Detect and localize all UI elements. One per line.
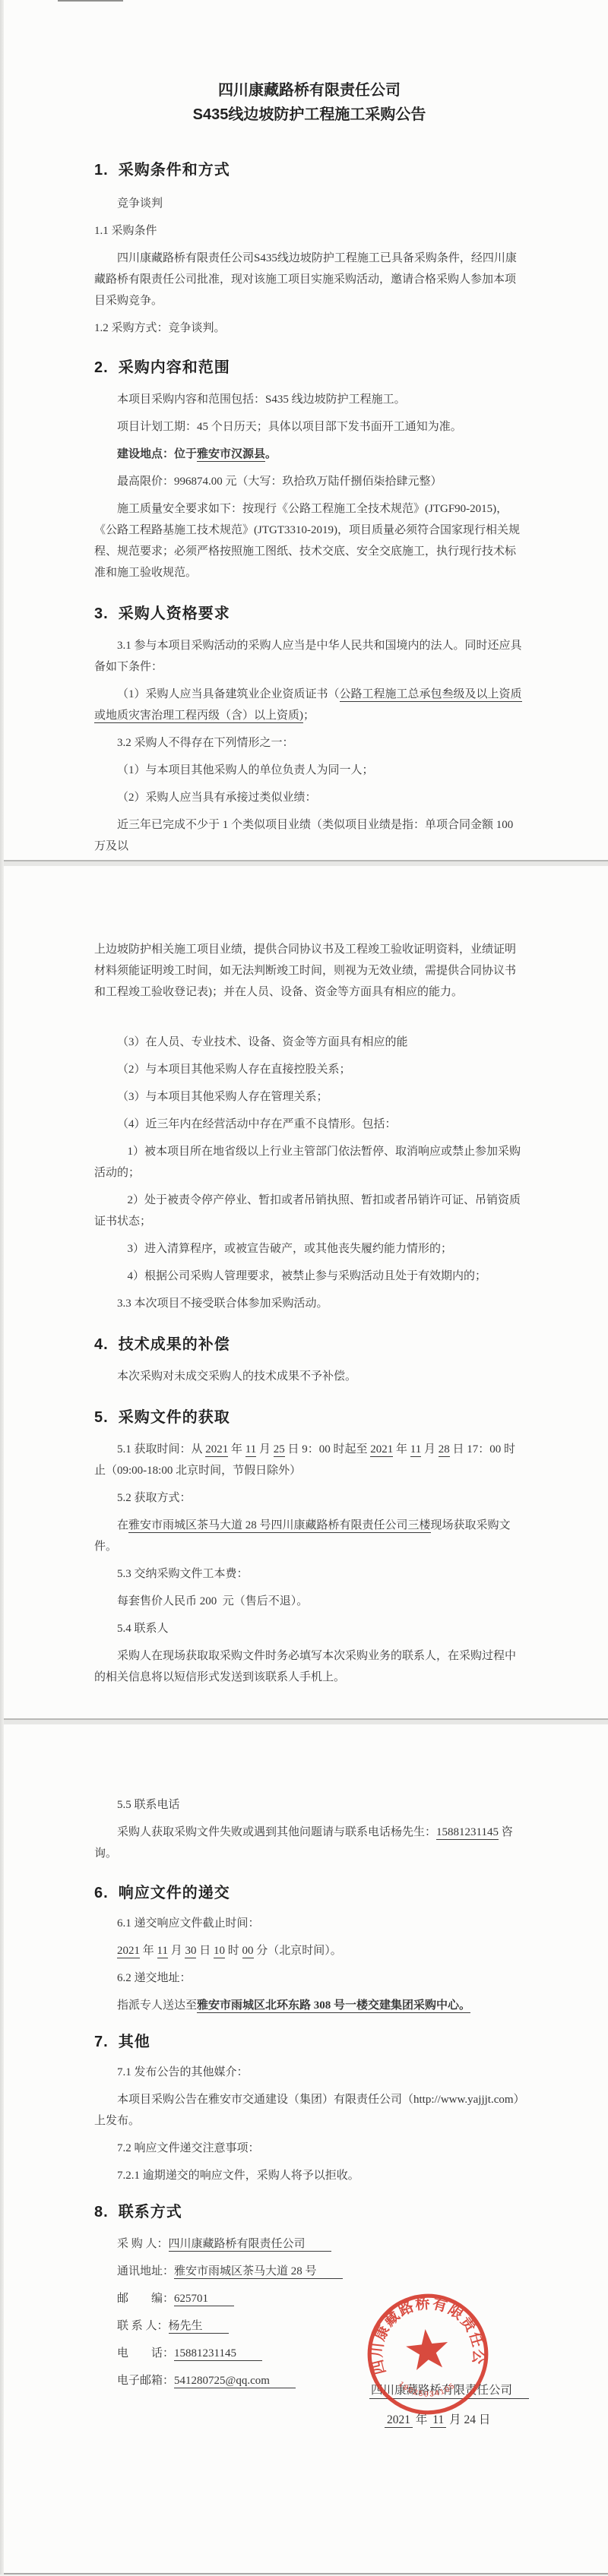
text: 电子邮箱：	[117, 2375, 174, 2387]
scan-edge-artifact	[58, 0, 123, 2]
underlined-text: 541280725@qq.com	[174, 2375, 296, 2388]
contact-purchaser: 采 购 人：四川康藏路桥有限责任公司	[94, 2233, 524, 2255]
text: 6. 响应文件的递交	[94, 1885, 230, 1901]
text: 年	[393, 1443, 410, 1456]
page-separator	[0, 1718, 608, 1724]
text: （3）与本项目其他采购人存在管理关系；	[117, 1091, 328, 1103]
paragraph: 指派专人送达至雅安市雨城区北环东路 308 号一楼交建集团采购中心。	[94, 1995, 524, 2016]
paragraph: 四川康藏路桥有限责任公司S435线边坡防护工程施工已具备采购条件，经四川康藏路桥…	[94, 248, 524, 311]
paragraph: 在雅安市雨城区茶马大道 28 号四川康藏路桥有限责任公司三楼现场获取采购文件。	[94, 1515, 524, 1557]
paragraph: 3.2 采购人不得存在下列情形之一：	[94, 732, 524, 754]
text: （2）与本项目其他采购人存在直接控股关系；	[117, 1064, 351, 1076]
paragraph: 2）处于被责令停产停业、暂扣或者吊销执照、暂扣或者吊销许可证、吊销资质证书状态；	[94, 1190, 524, 1232]
underlined-text: 625701	[174, 2293, 234, 2306]
text: 采购人获取采购文件失败或遇到其他问题请与联系电话杨先生：	[117, 1826, 436, 1838]
paragraph: 建设地点：位于雅安市汉源县。	[94, 444, 524, 465]
underlined-text: 11	[157, 1945, 168, 1958]
text: 8. 联系方式	[94, 2204, 182, 2220]
paragraph: 采购人获取采购文件失败或遇到其他问题请与联系电话杨先生：15881231145 …	[94, 1822, 524, 1864]
text: 电 话：	[117, 2347, 174, 2359]
text: 采购人在现场获取取采购文件时务必填写本次采购业务的联系人，在采购过程中的相关信息…	[94, 1650, 516, 1683]
contact-address: 通讯地址：雅安市雨城区茶马大道 28 号	[94, 2261, 524, 2282]
text: （1）与本项目其他采购人的单位负责人为同一人；	[117, 764, 374, 776]
paragraph: 7.2.1 逾期递交的响应文件，采购人将予以拒收。	[94, 2165, 524, 2186]
text: 3.3 本次项目不接受联合体参加采购活动。	[117, 1297, 328, 1310]
contact-postcode: 邮 编：625701	[94, 2288, 524, 2309]
text: （4）近三年内在经营活动中存在严重不良情形。包括：	[117, 1118, 397, 1130]
text: 通讯地址：	[117, 2265, 174, 2277]
paragraph: 5.5 联系电话	[94, 1794, 524, 1816]
document-page-3: 5.5 联系电话采购人获取采购文件失败或遇到其他问题请与联系电话杨先生：1588…	[0, 1724, 608, 2574]
text: 每套售价人民币 200 元（售后不退）。	[117, 1595, 308, 1607]
paragraph: （2）采购人应当具有承接过类似业绩：	[94, 787, 524, 808]
paragraph: 上边坡防护相关施工项目业绩，提供合同协议书及工程竣工验收证明资料，业绩证明材料须…	[94, 939, 524, 1003]
paragraph: 3.3 本次项目不接受联合体参加采购活动。	[94, 1293, 524, 1314]
text: 2. 采购内容和范围	[94, 359, 230, 376]
text: 。	[265, 448, 277, 460]
text: 7.1 发布公告的其他媒介：	[117, 2066, 249, 2078]
section-4-heading: 4. 技术成果的补偿	[94, 1334, 524, 1355]
text: 7.2 响应文件递交注意事项：	[117, 2142, 260, 2154]
text: ；	[303, 710, 315, 722]
text: 5.3 交纳采购文件工本费：	[117, 1568, 249, 1580]
underlined-text: 30	[185, 1945, 196, 1958]
paragraph: 5.3 交纳采购文件工本费：	[94, 1563, 524, 1585]
underlined-text: 15881231145	[436, 1826, 499, 1840]
underlined-text: 雅安市雨城区茶马大道 28 号	[174, 2265, 343, 2279]
text: 近三年已完成不少于 1 个类似项目业绩（类似项目业绩是指：单项合同金额 100 …	[94, 819, 516, 852]
paragraph: 最高限价：996874.00 元（大写：玖拾玖万陆仟捌佰柒拾肆元整）	[94, 471, 524, 492]
text: 6.2 递交地址：	[117, 1972, 192, 1984]
underlined-text: 10	[214, 1945, 225, 1958]
text: 3）进入清算程序，或被宣告破产，或其他丧失履约能力情形的；	[128, 1243, 453, 1255]
section-3-heading: 3. 采购人资格要求	[94, 603, 524, 624]
underlined-text: 2021	[205, 1443, 228, 1457]
text: 四川康藏路桥有限责任公司	[218, 82, 401, 99]
underlined-text: 雅安市雨城区茶马大道 28 号四川康藏路桥有限责任公司三楼	[128, 1519, 431, 1533]
paragraph: 7.1 发布公告的其他媒介：	[94, 2062, 524, 2083]
underlined-text: 11	[245, 1443, 256, 1457]
text: 本项目采购公告在雅安市交通建设（集团）有限责任公司（http://www.yaj…	[94, 2094, 519, 2127]
page-separator	[0, 860, 608, 866]
text: 日	[196, 1945, 214, 1957]
text: 1.1 采购条件	[94, 225, 157, 237]
text: 6.1 递交响应文件截止时间：	[117, 1917, 260, 1930]
paragraph: 5.4 联系人	[94, 1618, 524, 1639]
text: 时	[225, 1945, 242, 1957]
text: 5.5 联系电话	[117, 1799, 180, 1811]
paragraph: 1.2 采购方式：竞争谈判。	[94, 318, 524, 339]
page-2-content: 上边坡防护相关施工项目业绩，提供合同协议书及工程竣工验收证明资料，业绩证明材料须…	[0, 939, 608, 1688]
paragraph: 近三年已完成不少于 1 个类似项目业绩（类似项目业绩是指：单项合同金额 100 …	[94, 814, 524, 857]
text: 4. 技术成果的补偿	[94, 1336, 230, 1353]
text: 上边坡防护相关施工项目业绩，提供合同协议书及工程竣工验收证明资料，业绩证明材料须…	[94, 943, 516, 998]
paragraph: 1）被本项目所在地省级以上行业主管部门依法暂停、取消响应或禁止参加采购活动的；	[94, 1141, 524, 1184]
document-page-2: 上边坡防护相关施工项目业绩，提供合同协议书及工程竣工验收证明资料，业绩证明材料须…	[0, 866, 608, 1718]
paragraph: 竞争谈判	[94, 193, 524, 214]
text: 年	[140, 1945, 157, 1957]
text: 1. 采购条件和方式	[94, 162, 230, 179]
text: 指派专人送达至	[117, 1999, 197, 2012]
text: 在	[117, 1519, 128, 1531]
underlined-text: 四川康藏路桥有限责任公司	[169, 2238, 331, 2252]
doc-title-line-2: S435线边坡防护工程施工采购公告	[94, 103, 524, 126]
paragraph: 6.2 递交地址：	[94, 1968, 524, 1989]
text: 最高限价：996874.00 元（大写：玖拾玖万陆仟捌佰柒拾肆元整）	[117, 476, 442, 488]
text: 年	[228, 1443, 245, 1456]
text: 7. 其他	[94, 2034, 150, 2050]
text: S435线边坡防护工程施工采购公告	[193, 106, 426, 123]
underlined-text: 00	[242, 1945, 254, 1958]
paragraph: 5.2 获取方式：	[94, 1487, 524, 1509]
paragraph: 5.1 获取时间：从 2021 年 11 月 25 日 9：00 时起至 202…	[94, 1439, 524, 1481]
paragraph: 3）进入清算程序，或被宣告破产，或其他丧失履约能力情形的；	[94, 1238, 524, 1260]
text: 7.2.1 逾期递交的响应文件，采购人将予以拒收。	[117, 2170, 359, 2182]
paragraph: 1.1 采购条件	[94, 220, 524, 242]
paragraph: 施工质量安全要求如下：按现行《公路工程施工全技术规范》(JTGF90-2015)…	[94, 498, 524, 583]
paragraph: （3）在人员、专业技术、设备、资金等方面具有相应的能	[94, 1032, 524, 1053]
signature-company-name: 四川康藏路桥有限责任公司	[369, 2381, 529, 2399]
paragraph: 采购人在现场获取取采购文件时务必填写本次采购业务的联系人，在采购过程中的相关信息…	[94, 1645, 524, 1688]
document-page-1: 四川康藏路桥有限责任公司S435线边坡防护工程施工采购公告1. 采购条件和方式竞…	[0, 0, 608, 860]
section-2-heading: 2. 采购内容和范围	[94, 357, 524, 378]
text: 5.4 联系人	[117, 1623, 169, 1635]
doc-title-line-1: 四川康藏路桥有限责任公司	[94, 79, 524, 102]
signature-date: 2021 年 11 月 24 日	[385, 2410, 490, 2427]
text: 项目计划工期：45 个日历天；具体以项目部下发书面开工通知为准。	[117, 421, 462, 433]
paragraph: 本项目采购内容和范围包括：S435 线边坡防护工程施工。	[94, 389, 524, 410]
paragraph: 7.2 响应文件递交注意事项：	[94, 2138, 524, 2159]
text: 联 系 人：	[117, 2320, 169, 2332]
text: 1）被本项目所在地省级以上行业主管部门依法暂停、取消响应或禁止参加采购活动的；	[94, 1146, 521, 1179]
section-1-heading: 1. 采购条件和方式	[94, 160, 524, 181]
underlined-text: 雅安市汉源县	[197, 448, 265, 462]
text: 5.1 获取时间：从	[117, 1443, 205, 1456]
paragraph: 本次采购对未成交采购人的技术成果不予补偿。	[94, 1366, 524, 1387]
paragraph: （1）与本项目其他采购人的单位负责人为同一人；	[94, 760, 524, 781]
paragraph: （2）与本项目其他采购人存在直接控股关系；	[94, 1059, 524, 1080]
section-6-heading: 6. 响应文件的递交	[94, 1882, 524, 1904]
underlined-text: 2021	[370, 1443, 393, 1457]
underlined-text: 雅安市雨城区北环东路 308 号一楼交建集团采购中心。	[197, 1999, 470, 2013]
section-8-heading: 8. 联系方式	[94, 2201, 524, 2223]
section-7-heading: 7. 其他	[94, 2031, 524, 2053]
text: 竞争谈判	[117, 198, 163, 210]
text: 采 购 人：	[117, 2238, 169, 2250]
text: 建设地点：位于	[117, 448, 197, 460]
paragraph: （1）采购人应当具备建筑业企业资质证书（公路工程施工总承包叁级及以上资质或地质灾…	[94, 684, 524, 726]
underlined-text: 15881231145	[174, 2347, 262, 2361]
page-1-content: 四川康藏路桥有限责任公司S435线边坡防护工程施工采购公告1. 采购条件和方式竞…	[0, 79, 608, 857]
paragraph: 2021 年 11 月 30 日 10 时 00 分（北京时间）。	[94, 1940, 524, 1961]
text: 月	[168, 1945, 185, 1957]
paragraph: 6.1 递交响应文件截止时间：	[94, 1913, 524, 1934]
text: 3.2 采购人不得存在下列情形之一：	[117, 737, 294, 749]
paragraph: 项目计划工期：45 个日历天；具体以项目部下发书面开工通知为准。	[94, 416, 524, 438]
paragraph: 每套售价人民币 200 元（售后不退）。	[94, 1591, 524, 1612]
section-5-heading: 5. 采购文件的获取	[94, 1407, 524, 1428]
text: 1.2 采购方式：竞争谈判。	[94, 322, 226, 334]
scanned-document: 四川康藏路桥有限责任公司S435线边坡防护工程施工采购公告1. 采购条件和方式竞…	[0, 0, 608, 2574]
text: 本项目采购内容和范围包括：S435 线边坡防护工程施工。	[117, 394, 406, 406]
text: 月	[256, 1443, 274, 1456]
contact-phone: 电 话：15881231145	[94, 2343, 524, 2364]
text: 3. 采购人资格要求	[94, 605, 230, 622]
text: 5. 采购文件的获取	[94, 1409, 230, 1426]
text: 施工质量安全要求如下：按现行《公路工程施工全技术规范》(JTGF90-2015)…	[94, 503, 520, 579]
text: 4）根据公司采购人管理要求，被禁止参与采购活动且处于有效期内的；	[128, 1270, 487, 1282]
paragraph: 3.1 参与本项目采购活动的采购人应当是中华人民共和国境内的法人。同时还应具备如…	[94, 635, 524, 678]
underlined-text: 11	[410, 1443, 421, 1457]
text: 3.1 参与本项目采购活动的采购人应当是中华人民共和国境内的法人。同时还应具备如…	[94, 640, 522, 673]
text: （2）采购人应当具有承接过类似业绩：	[117, 792, 317, 804]
paragraph: （4）近三年内在经营活动中存在严重不良情形。包括：	[94, 1114, 524, 1135]
text: 四川康藏路桥有限责任公司S435线边坡防护工程施工已具备采购条件，经四川康藏路桥…	[94, 252, 517, 307]
underlined-text: 2021	[117, 1945, 140, 1958]
underlined-text: 杨先生	[169, 2320, 229, 2334]
text: 分（北京时间）。	[254, 1945, 342, 1957]
text: （1）采购人应当具备建筑业企业资质证书（	[117, 688, 340, 700]
text: 2）处于被责令停产停业、暂扣或者吊销执照、暂扣或者吊销许可证、吊销资质证书状态；	[94, 1194, 521, 1228]
underlined-text: 25	[274, 1443, 285, 1457]
paragraph: 本项目采购公告在雅安市交通建设（集团）有限责任公司（http://www.yaj…	[94, 2089, 524, 2132]
text: （3）在人员、专业技术、设备、资金等方面具有相应的能	[117, 1036, 408, 1048]
paragraph: 4）根据公司采购人管理要求，被禁止参与采购活动且处于有效期内的；	[94, 1266, 524, 1287]
text: 邮 编：	[117, 2293, 174, 2305]
page-3-content: 5.5 联系电话采购人获取采购文件失败或遇到其他问题请与联系电话杨先生：1588…	[0, 1794, 608, 2391]
paragraph: （3）与本项目其他采购人存在管理关系；	[94, 1086, 524, 1108]
underlined-text: 28	[439, 1443, 450, 1457]
text: 本次采购对未成交采购人的技术成果不予补偿。	[117, 1370, 356, 1383]
text: 日 9：00 时起至	[285, 1443, 371, 1456]
text: 月	[421, 1443, 439, 1456]
text: 5.2 获取方式：	[117, 1492, 192, 1504]
contact-person: 联 系 人：杨先生	[94, 2315, 524, 2337]
